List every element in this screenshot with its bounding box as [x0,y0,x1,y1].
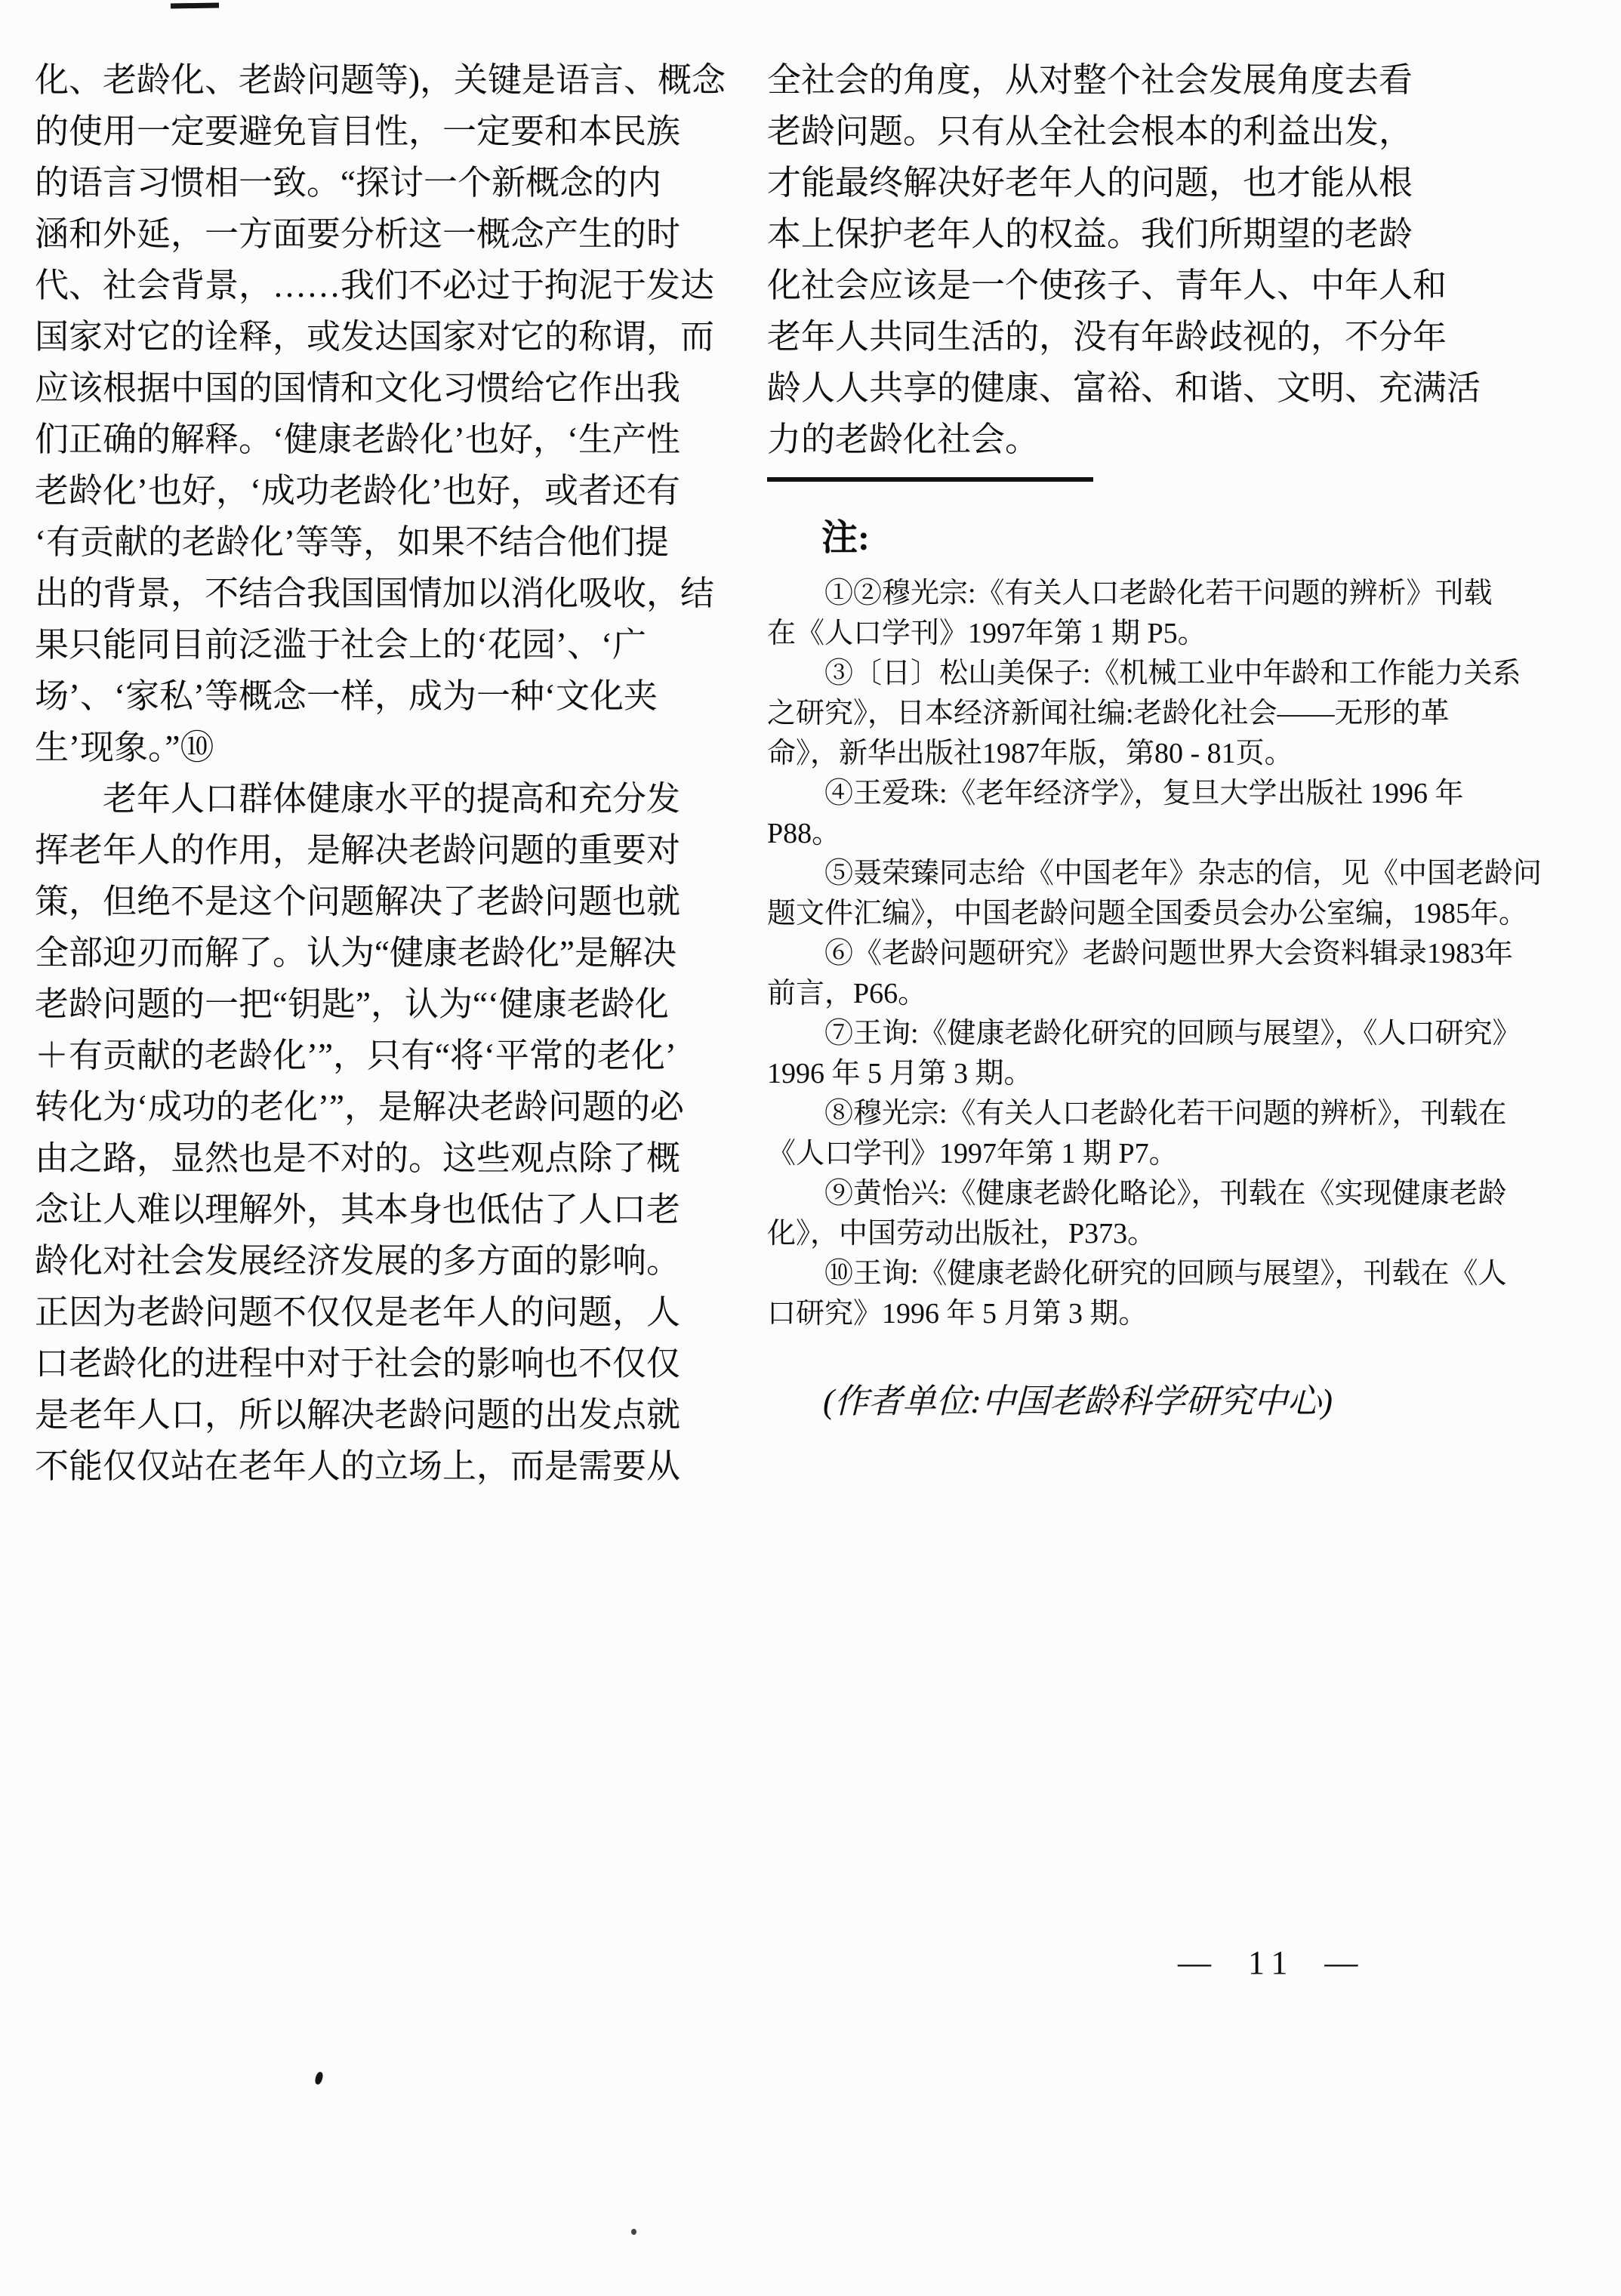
note-item-1-2: ①②穆光宗:《有关人口老龄化若干问题的辨析》刊载在《人口学刊》1997年第 1 … [767,574,1505,654]
text-line: ＋有贡献的老龄化’”，只有“将‘平常的老化’ [35,1030,753,1081]
text-line: 口老龄化的进程中对于社会的影响也不仅仅 [35,1338,753,1389]
text-line: 老龄问题。只有从全社会根本的利益出发， [767,106,1505,157]
text-line: 老年人口群体健康水平的提高和充分发 [35,773,753,824]
text-line: 口研究》1996 年 5 月第 3 期。 [767,1294,1505,1334]
text-line: ④王爱珠:《老年经济学》，复旦大学出版社 1996 年 [767,774,1505,814]
scan-artifact [314,2071,324,2085]
text-line: 国家对它的诠释，或发达国家对它的称谓，而 [35,311,753,362]
note-item-8: ⑧穆光宗:《有关人口老龄化若干问题的辨析》，刊载在《人口学刊》1997年第 1 … [767,1094,1505,1174]
text-line: ⑤聂荣臻同志给《中国老年》杂志的信，见《中国老龄问 [767,854,1505,894]
text-line: 代、社会背景，……我们不必过于拘泥于发达 [35,260,753,311]
text-line: 涵和外延，一方面要分析这一概念产生的时 [35,208,753,260]
text-line: 龄化对社会发展经济发展的多方面的影响。 [35,1235,753,1287]
text-line: P88。 [767,814,1505,854]
text-line: 化》，中国劳动出版社，P373。 [767,1214,1505,1254]
text-line: ①②穆光宗:《有关人口老龄化若干问题的辨析》刊载 [767,574,1505,614]
note-item-10: ⑩王询:《健康老龄化研究的回顾与展望》，刊载在《人口研究》1996 年 5 月第… [767,1254,1505,1334]
text-line: 力的老龄化社会。 [767,414,1505,465]
text-line: ‘有贡献的老龄化’等等，如果不结合他们提 [35,516,753,568]
text-line: ⑧穆光宗:《有关人口老龄化若干问题的辨析》，刊载在 [767,1094,1505,1134]
text-line: 才能最终解决好老年人的问题，也才能从根 [767,157,1505,208]
text-line: 老龄化’也好，‘成功老龄化’也好，或者还有 [35,465,753,516]
text-line: 是老年人口，所以解决老龄问题的出发点就 [35,1389,753,1441]
scan-artifact [631,2229,636,2235]
text-line: 策，但绝不是这个问题解决了老龄问题也就 [35,876,753,927]
notes-divider-rule [767,477,1093,482]
right-column: 全社会的角度，从对整个社会发展角度去看老龄问题。只有从全社会根本的利益出发，才能… [767,54,1505,1425]
text-line: 化社会应该是一个使孩子、青年人、中年人和 [767,260,1505,311]
text-line: 由之路，显然也是不对的。这些观点除了概 [35,1133,753,1184]
note-item-7: ⑦王询:《健康老龄化研究的回顾与展望》，《人口研究》1996 年 5 月第 3 … [767,1014,1505,1094]
note-item-9: ⑨黄怡兴:《健康老龄化略论》，刊载在《实现健康老龄化》，中国劳动出版社，P373… [767,1174,1505,1254]
text-line: 本上保护老年人的权益。我们所期望的老龄 [767,208,1505,260]
notes-list: ①②穆光宗:《有关人口老龄化若干问题的辨析》刊载在《人口学刊》1997年第 1 … [767,574,1505,1334]
text-line: ⑦王询:《健康老龄化研究的回顾与展望》，《人口研究》 [767,1014,1505,1054]
text-line: 转化为‘成功的老化’”，是解决老龄问题的必 [35,1081,753,1133]
text-line: 老龄问题的一把“钥匙”，认为“‘健康老龄化 [35,978,753,1030]
text-line: 命》，新华出版社1987年版，第80 - 81页。 [767,734,1505,774]
left-column: 化、老龄化、老龄问题等)，关键是语言、概念的使用一定要避免盲目性，一定要和本民族… [35,54,753,1492]
paragraph-body: 老年人口群体健康水平的提高和充分发挥老年人的作用，是解决老龄问题的重要对策，但绝… [35,773,753,1492]
text-line: ③〔日〕松山美保子:《机械工业中年龄和工作能力关系 [767,654,1505,694]
note-item-4: ④王爱珠:《老年经济学》，复旦大学出版社 1996 年P88。 [767,774,1505,854]
notes-heading: 注: [767,515,1505,562]
text-line: ⑨黄怡兴:《健康老龄化略论》，刊载在《实现健康老龄 [767,1174,1505,1214]
text-line: 果只能同目前泛滥于社会上的‘花园’、‘广 [35,619,753,670]
text-line: 不能仅仅站在老年人的立场上，而是需要从 [35,1441,753,1492]
text-line: 龄人人共享的健康、富裕、和谐、文明、充满活 [767,362,1505,414]
text-line: 的语言习惯相一致。“探讨一个新概念的内 [35,157,753,208]
paragraph-continued-from-previous-page: 化、老龄化、老龄问题等)，关键是语言、概念的使用一定要避免盲目性，一定要和本民族… [35,54,753,773]
text-line: 1996 年 5 月第 3 期。 [767,1054,1505,1094]
note-item-3: ③〔日〕松山美保子:《机械工业中年龄和工作能力关系之研究》，日本经济新闻社编:老… [767,654,1505,774]
text-line: 出的背景，不结合我国国情加以消化吸收，结 [35,568,753,619]
author-affiliation: (作者单位:中国老龄科学研究中心) [767,1378,1505,1425]
page-number: — 11 — [1178,1943,1365,1982]
text-line: 化、老龄化、老龄问题等)，关键是语言、概念 [35,54,753,106]
text-line: 的使用一定要避免盲目性，一定要和本民族 [35,106,753,157]
text-line: 念让人难以理解外，其本身也低估了人口老 [35,1184,753,1235]
text-line: 场’、‘家私’等概念一样，成为一种‘文化夹 [35,670,753,722]
text-line: 在《人口学刊》1997年第 1 期 P5。 [767,614,1505,654]
text-line: ⑥《老龄问题研究》老龄问题世界大会资料辑录1983年 [767,934,1505,974]
scanned-page: 化、老龄化、老龄问题等)，关键是语言、概念的使用一定要避免盲目性，一定要和本民族… [0,0,1621,2296]
text-line: 全部迎刃而解了。认为“健康老龄化”是解决 [35,927,753,978]
text-line: 全社会的角度，从对整个社会发展角度去看 [767,54,1505,106]
paragraph-continuation: 全社会的角度，从对整个社会发展角度去看老龄问题。只有从全社会根本的利益出发，才能… [767,54,1505,465]
text-line: 题文件汇编》，中国老龄问题全国委员会办公室编，1985年。 [767,894,1505,934]
text-line: 应该根据中国的国情和文化习惯给它作出我 [35,362,753,414]
text-line: 挥老年人的作用，是解决老龄问题的重要对 [35,824,753,876]
text-line: 正因为老龄问题不仅仅是老年人的问题，人 [35,1287,753,1338]
note-item-5: ⑤聂荣臻同志给《中国老年》杂志的信，见《中国老龄问题文件汇编》，中国老龄问题全国… [767,854,1505,934]
text-line: 前言，P66。 [767,974,1505,1014]
text-line: 老年人共同生活的，没有年龄歧视的，不分年 [767,311,1505,362]
scan-artifact [171,2,219,8]
text-line: 《人口学刊》1997年第 1 期 P7。 [767,1134,1505,1174]
text-line: ⑩王询:《健康老龄化研究的回顾与展望》，刊载在《人 [767,1254,1505,1294]
text-line: 之研究》，日本经济新闻社编:老龄化社会——无形的革 [767,694,1505,734]
text-line: 们正确的解释。‘健康老龄化’也好，‘生产性 [35,414,753,465]
text-line: 生’现象。”⑩ [35,722,753,773]
note-item-6: ⑥《老龄问题研究》老龄问题世界大会资料辑录1983年前言，P66。 [767,934,1505,1014]
